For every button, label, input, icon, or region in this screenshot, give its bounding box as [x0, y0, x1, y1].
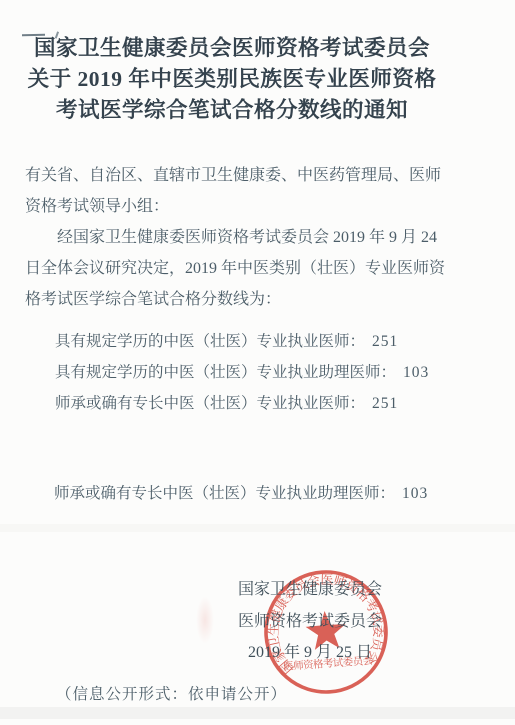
- score-value: 103: [402, 485, 428, 502]
- score-line: 具有规定学历的中医（壮医）专业执业助理医师：103: [55, 357, 429, 388]
- score-line: 具有规定学历的中医（壮医）专业执业医师：251: [55, 326, 429, 357]
- seal-ink-smudge: [196, 596, 214, 644]
- body-line: 经国家卫生健康委医师资格考试委员会 2019 年 9 月 24: [25, 222, 441, 253]
- score-lines-group: 具有规定学历的中医（壮医）专业执业医师：251 具有规定学历的中医（壮医）专业执…: [55, 326, 429, 419]
- title-line: 考试医学综合笔试合格分数线的通知: [26, 95, 438, 126]
- scanned-notice-page: 国家卫生健康委员会医师资格考试委员会 关于 2019 年中医类别民族医专业医师资…: [0, 0, 515, 725]
- document-title: 国家卫生健康委员会医师资格考试委员会 关于 2019 年中医类别民族医专业医师资…: [26, 33, 438, 126]
- signature-block: 国家卫生健康委员会 医师资格考试委员会 2019 年 9 月 25 日: [217, 574, 403, 669]
- score-value: 251: [372, 333, 398, 350]
- signature-date: 2019 年 9 月 25 日: [217, 637, 403, 669]
- score-label: 具有规定学历的中医（壮医）专业执业助理医师：: [55, 364, 396, 381]
- signature-org-line: 国家卫生健康委员会: [217, 574, 403, 606]
- salutation-line: 有关省、自治区、直辖市卫生健康委、中医药管理局、医师: [25, 160, 441, 191]
- footer-note: （信息公开形式：依申请公开）: [56, 682, 287, 704]
- scan-artifact-band: [0, 707, 515, 719]
- score-value: 251: [372, 395, 398, 412]
- title-line: 关于 2019 年中医类别民族医专业医师资格: [26, 64, 438, 95]
- body-line: 日全体会议研究决定，2019 年中医类别（壮医）专业医师资: [25, 253, 441, 284]
- score-line: 师承或确有专长中医（壮医）专业执业医师：251: [55, 388, 429, 419]
- body-paragraph: 有关省、自治区、直辖市卫生健康委、中医药管理局、医师 资格考试领导小组： 经国家…: [25, 160, 441, 315]
- body-line: 格考试医学综合笔试合格分数线为：: [25, 284, 441, 315]
- title-line: 国家卫生健康委员会医师资格考试委员会: [26, 33, 438, 64]
- signature-org-line: 医师资格考试委员会: [217, 606, 403, 638]
- score-label: 师承或确有专长中医（壮医）专业执业医师：: [55, 395, 365, 412]
- salutation-line: 资格考试领导小组：: [25, 191, 441, 222]
- score-line: 师承或确有专长中医（壮医）专业执业助理医师：103: [54, 478, 428, 509]
- score-label: 具有规定学历的中医（壮医）专业执业医师：: [55, 333, 365, 350]
- score-label: 师承或确有专长中医（壮医）专业执业助理医师：: [54, 485, 395, 502]
- scan-artifact-band: [0, 524, 515, 532]
- score-value: 103: [403, 364, 429, 381]
